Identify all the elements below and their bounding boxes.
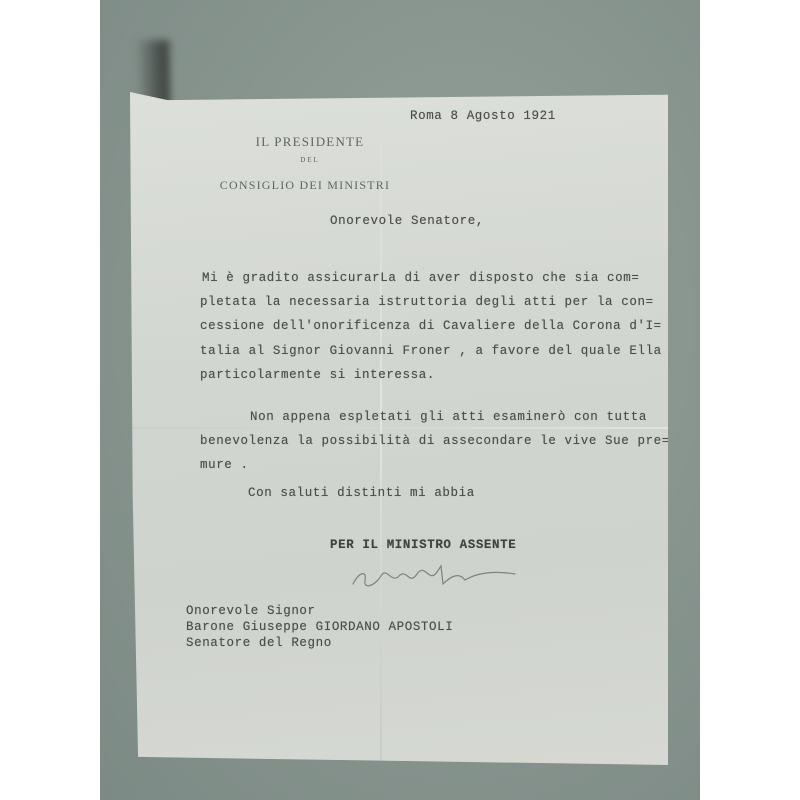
body-line: mure . xyxy=(200,458,249,472)
signature-label: PER IL MINISTRO ASSENTE xyxy=(330,538,516,552)
addressee-line: Onorevole Signor xyxy=(186,604,316,618)
body-line: cessione dell'onorificenza di Cavaliere … xyxy=(200,319,662,333)
letterhead-organization: CONSIGLIO DEI MINISTRI xyxy=(200,178,410,193)
body-line: Non appena espletati gli atti esaminerò … xyxy=(250,410,647,424)
date-line: Roma 8 Agosto 1921 xyxy=(410,109,556,123)
body-line: Mi è gradito assicurarLa di aver dispost… xyxy=(202,271,639,285)
photo-backdrop: IL PRESIDENTE DEL CONSIGLIO DEI MINISTRI… xyxy=(100,0,700,800)
letter-paper: IL PRESIDENTE DEL CONSIGLIO DEI MINISTRI… xyxy=(130,92,668,765)
body-line: benevolenza la possibilità di assecondar… xyxy=(200,434,670,448)
addressee-line: Senatore del Regno xyxy=(186,636,332,650)
letterhead-connector: DEL xyxy=(230,156,390,164)
addressee-line: Barone Giuseppe GIORDANO APOSTOLI xyxy=(186,620,453,634)
body-line: particolarmente si interessa. xyxy=(200,368,435,382)
body-line: talia al Signor Giovanni Froner , a favo… xyxy=(200,344,662,358)
letterhead-title: IL PRESIDENTE xyxy=(230,134,390,150)
closing-line: Con saluti distinti mi abbia xyxy=(248,486,475,500)
handwritten-signature-icon xyxy=(345,562,545,592)
fold-crease-horizontal xyxy=(130,427,668,429)
salutation: Onorevole Senatore, xyxy=(330,214,484,228)
body-line: pletata la necessaria istruttoria degli … xyxy=(200,295,654,309)
